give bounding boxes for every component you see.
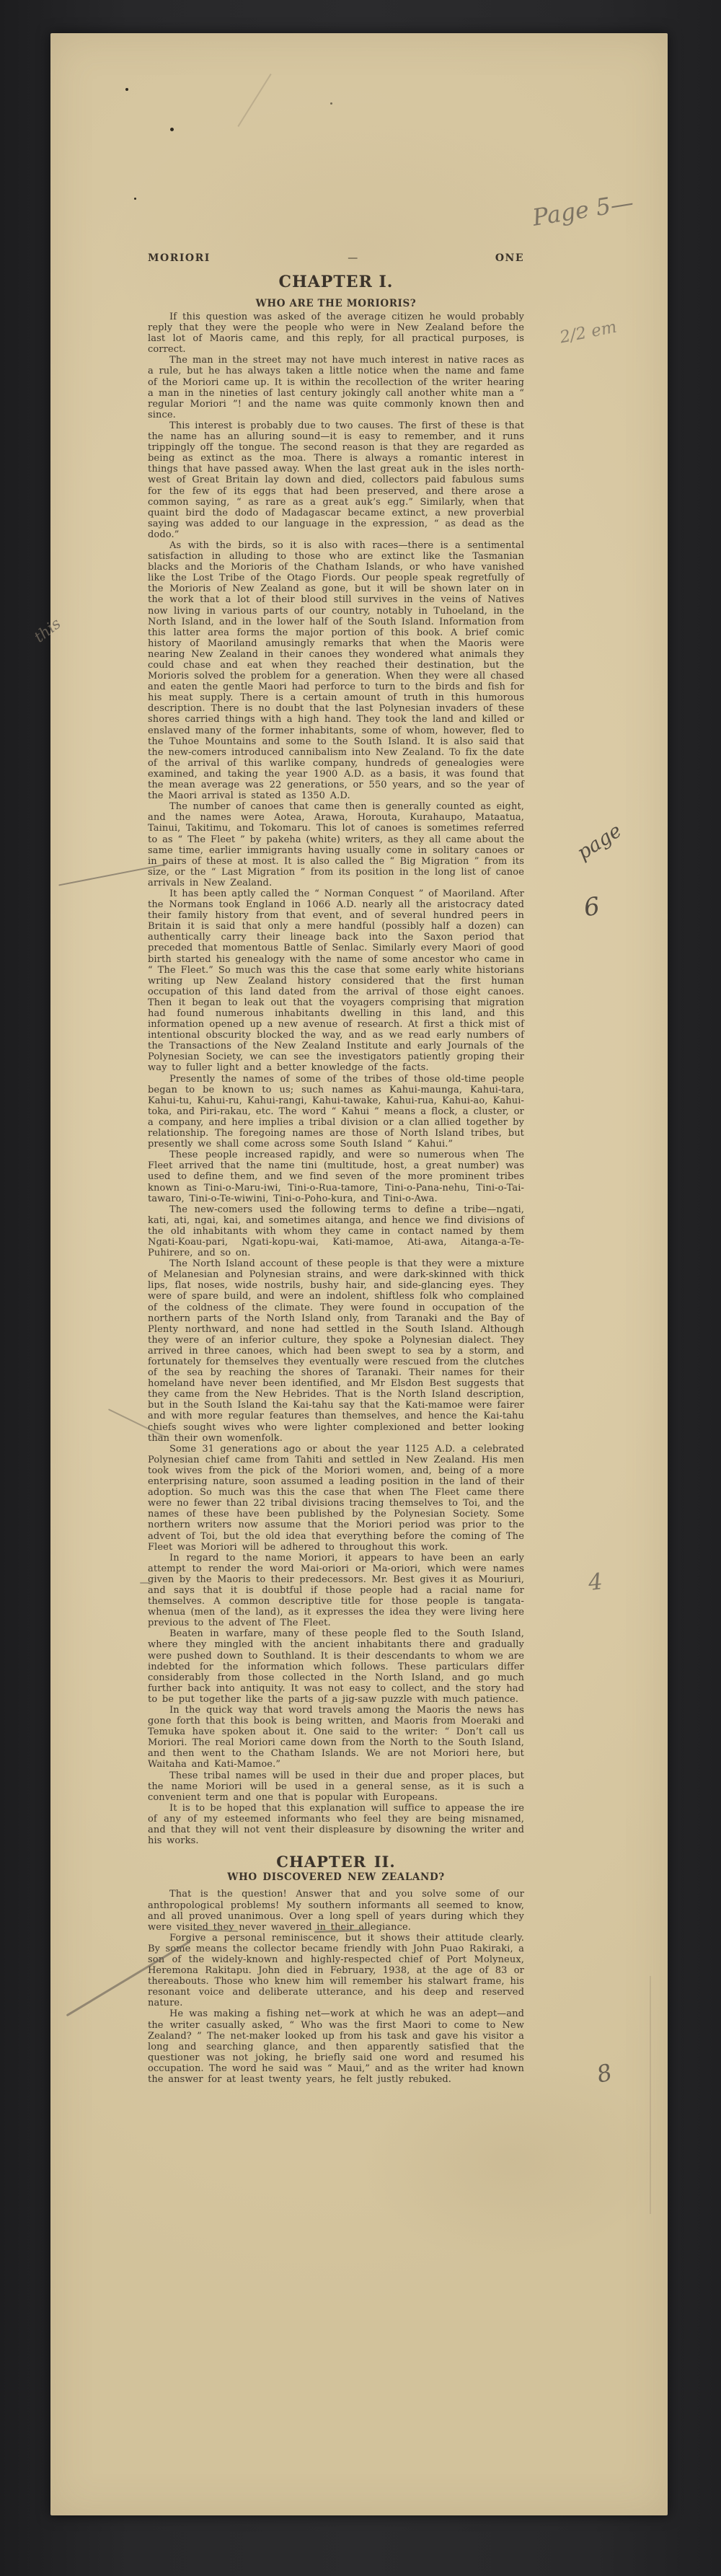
scanned-document-photo: { "document": { "running_head": { "left"… — [0, 0, 721, 2576]
paragraph: He was making a fishing net—work at whic… — [148, 2008, 524, 2085]
chapter1-subtitle: WHO ARE THE MORIORIS? — [148, 298, 524, 309]
pencil-tick — [140, 1582, 149, 1584]
paragraph: As with the birds, so it is also with ra… — [148, 540, 524, 801]
paragraph: It has been aptly called the “ Norman Co… — [148, 888, 524, 1074]
paper-crease — [237, 74, 271, 127]
chapter2-heading-block: CHAPTER II. WHO DISCOVERED NEW ZEALAND? — [148, 1856, 524, 1883]
paragraph: Presently the names of some of the tribe… — [148, 1074, 524, 1150]
galley-proof-page: MORIORI — ONE CHAPTER I. WHO ARE THE MOR… — [50, 33, 668, 2515]
paragraph: In regard to the name Moriori, it appear… — [148, 1553, 524, 1629]
paragraph: These people increased rapidly, and were… — [148, 1150, 524, 1204]
paragraph: The number of canoes that came then is g… — [148, 801, 524, 888]
ink-speck — [125, 88, 128, 91]
ink-speck — [170, 128, 174, 131]
paragraph: That is the question! Answer that and yo… — [148, 1889, 524, 1932]
running-head-dash: — — [348, 252, 358, 264]
paragraph: In the quick way that word travels among… — [148, 1705, 524, 1770]
paragraph: Forgive a personal reminiscence, but it … — [148, 1933, 524, 2009]
paragraph: The man in the street may not have much … — [148, 355, 524, 420]
body-text-column: If this question was asked of the averag… — [148, 312, 524, 2085]
chapter2-title: CHAPTER II. — [148, 1856, 524, 1867]
paragraph: The new-comers used the following terms … — [148, 1204, 524, 1258]
paragraph: The North Island account of these people… — [148, 1258, 524, 1444]
chapter1-title: CHAPTER I. — [148, 273, 524, 291]
ink-speck — [330, 102, 332, 105]
paragraph: If this question was asked of the averag… — [148, 312, 524, 355]
paragraph: This interest is probably due to two cau… — [148, 420, 524, 540]
running-head: MORIORI — ONE — [148, 252, 524, 264]
paragraph: It is to be hoped that this explanation … — [148, 1803, 524, 1846]
chapter1-heading-block: CHAPTER I. WHO ARE THE MORIORIS? — [148, 273, 524, 309]
running-head-folio: ONE — [495, 252, 524, 264]
paragraph: Beaten in warfare, many of these people … — [148, 1628, 524, 1705]
running-head-title: MORIORI — [148, 252, 211, 264]
paragraph: Some 31 generations ago or about the yea… — [148, 1444, 524, 1553]
ink-speck — [134, 198, 136, 200]
paragraph: These tribal names will be used in their… — [148, 1770, 524, 1803]
paper-crease — [650, 1976, 651, 2214]
chapter2-subtitle: WHO DISCOVERED NEW ZEALAND? — [148, 1872, 524, 1883]
